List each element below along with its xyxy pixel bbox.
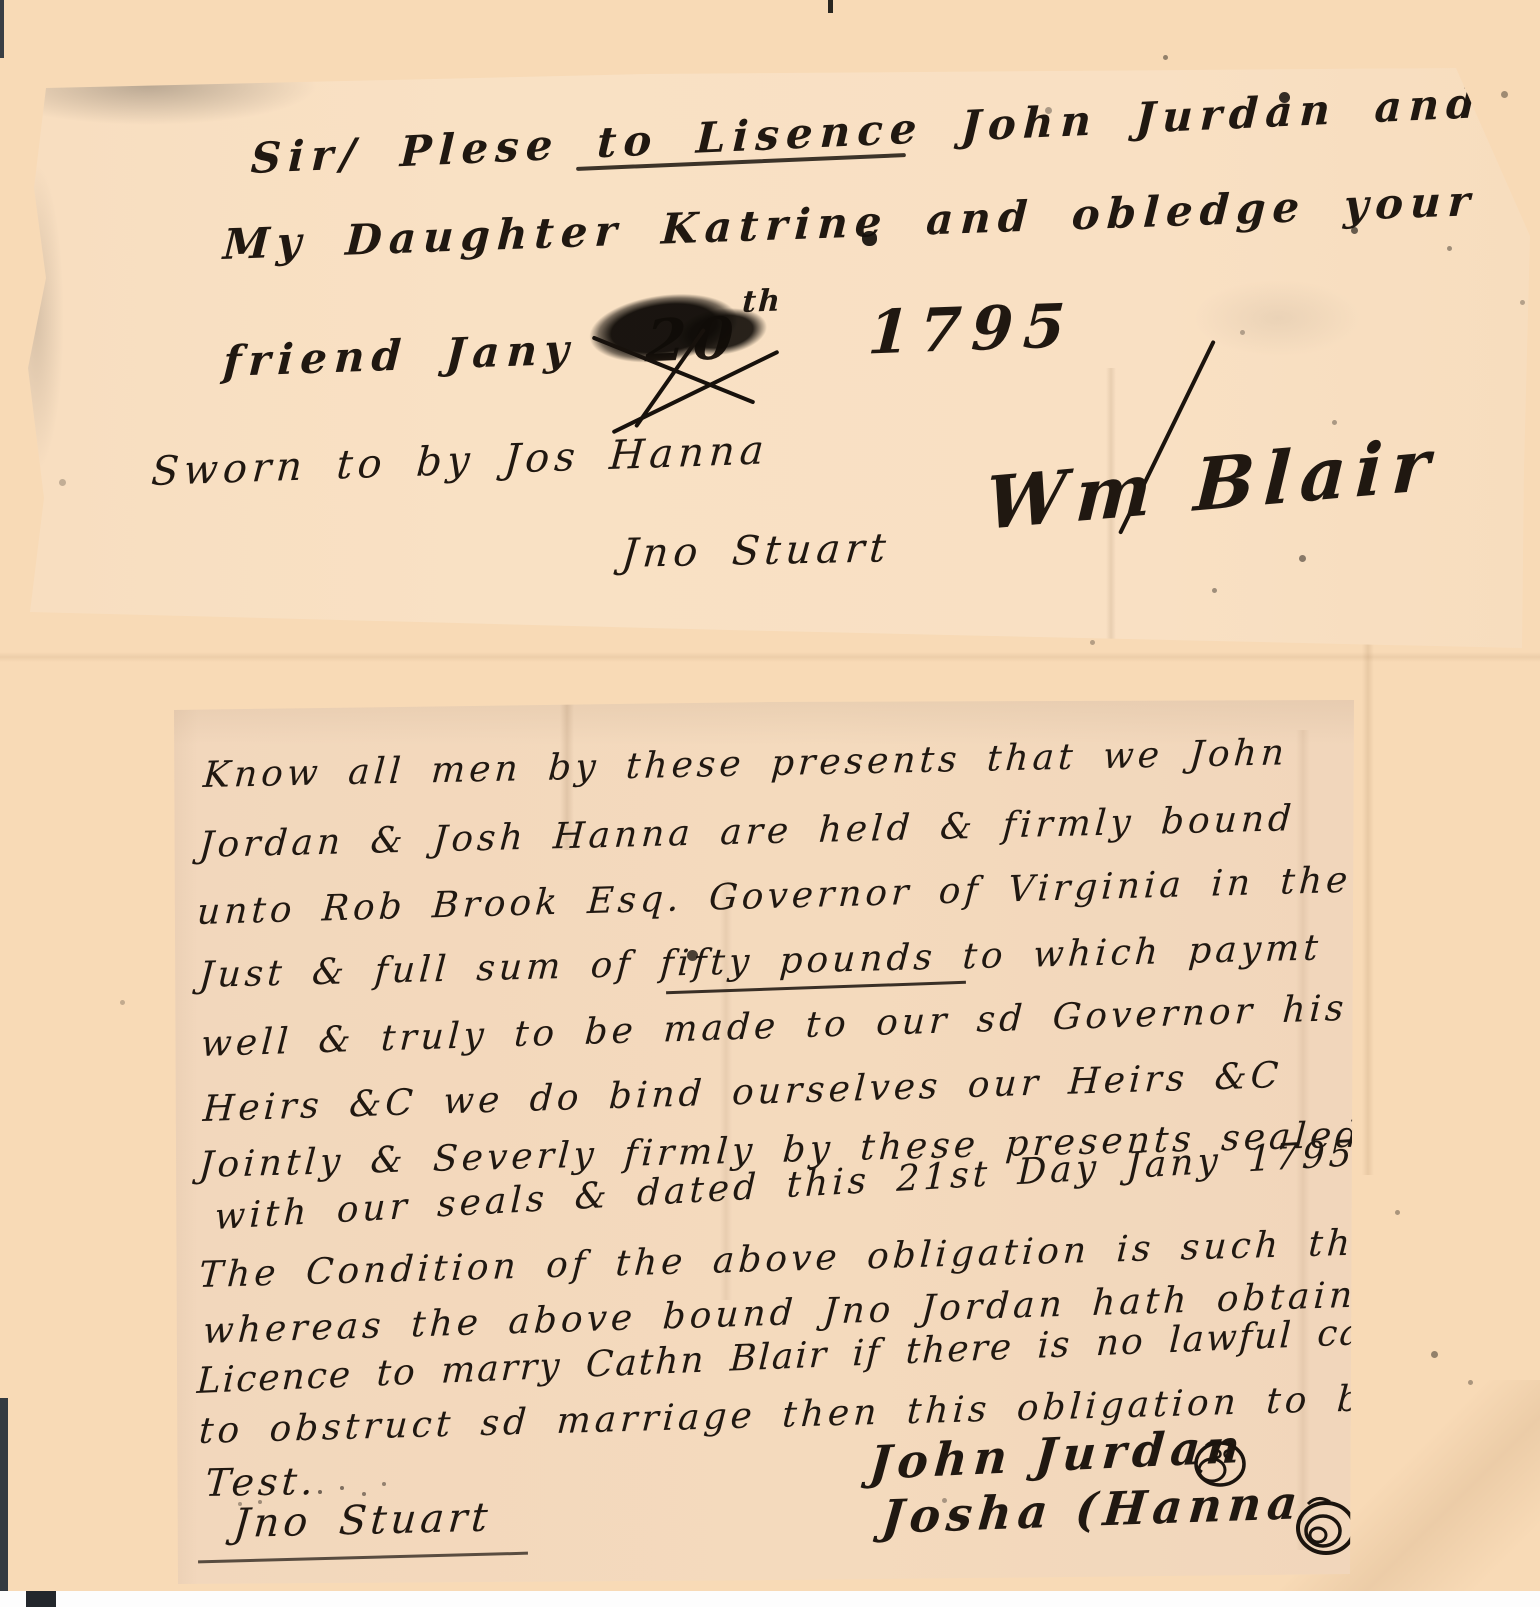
scanner-edge-artifact: [828, 0, 833, 13]
consent-note-paper: Sir/ Plese to Lisence John Jurdan and My…: [28, 68, 1530, 650]
bond-line-2: Jordan & Josh Hanna are held & firmly bo…: [198, 801, 1296, 864]
witness-signature: Jno Stuart: [232, 1498, 493, 1544]
test-label: Test.: [204, 1462, 318, 1502]
scanned-page: Sir/ Plese to Lisence John Jurdan and My…: [0, 0, 1540, 1607]
ink-dots: [318, 1490, 322, 1494]
bond-line-5: well & truly to be made to our sd Govern…: [200, 991, 1348, 1063]
seal-scribble-icon: [1268, 1488, 1364, 1572]
scanner-bottom-strip: [0, 1591, 1540, 1607]
scanner-edge-artifact: [26, 1591, 56, 1607]
scanner-edge-artifact: [0, 1398, 8, 1592]
witness-underline-stroke: [198, 1552, 528, 1564]
attestation-line-1: Sworn to by Jos Hanna: [150, 430, 770, 492]
consent-note-line-2: My Daughter Katrine and obledge your: [222, 180, 1478, 266]
consent-note-line-3-text: friend Jany: [222, 325, 577, 386]
marriage-bond-paper: Know all men by these presents that we J…: [168, 700, 1358, 1586]
seal-scribble-icon: [1168, 1432, 1250, 1504]
scanner-edge-artifact: [0, 0, 4, 58]
bond-line-4: Just & full sum of fifty pounds to which…: [198, 930, 1323, 994]
consent-note-line-1: Sir/ Plese to Lisence John Jurdan and: [250, 82, 1483, 180]
backing-fold-crease-vertical: [1362, 615, 1374, 1175]
blair-signature: Wm Blair: [984, 428, 1440, 540]
bond-line-1: Know all men by these presents that we J…: [202, 735, 1289, 794]
consent-note-date-year: 1795: [866, 291, 1077, 368]
attestation-line-2: Jno Stuart: [620, 528, 892, 574]
backing-fold-crease-horizontal: [0, 652, 1540, 662]
bond-line-6: Heirs &C we do bind ourselves our Heirs …: [202, 1058, 1283, 1128]
bond-line-3: unto Rob Brook Esq. Governor of Virginia…: [196, 863, 1352, 931]
